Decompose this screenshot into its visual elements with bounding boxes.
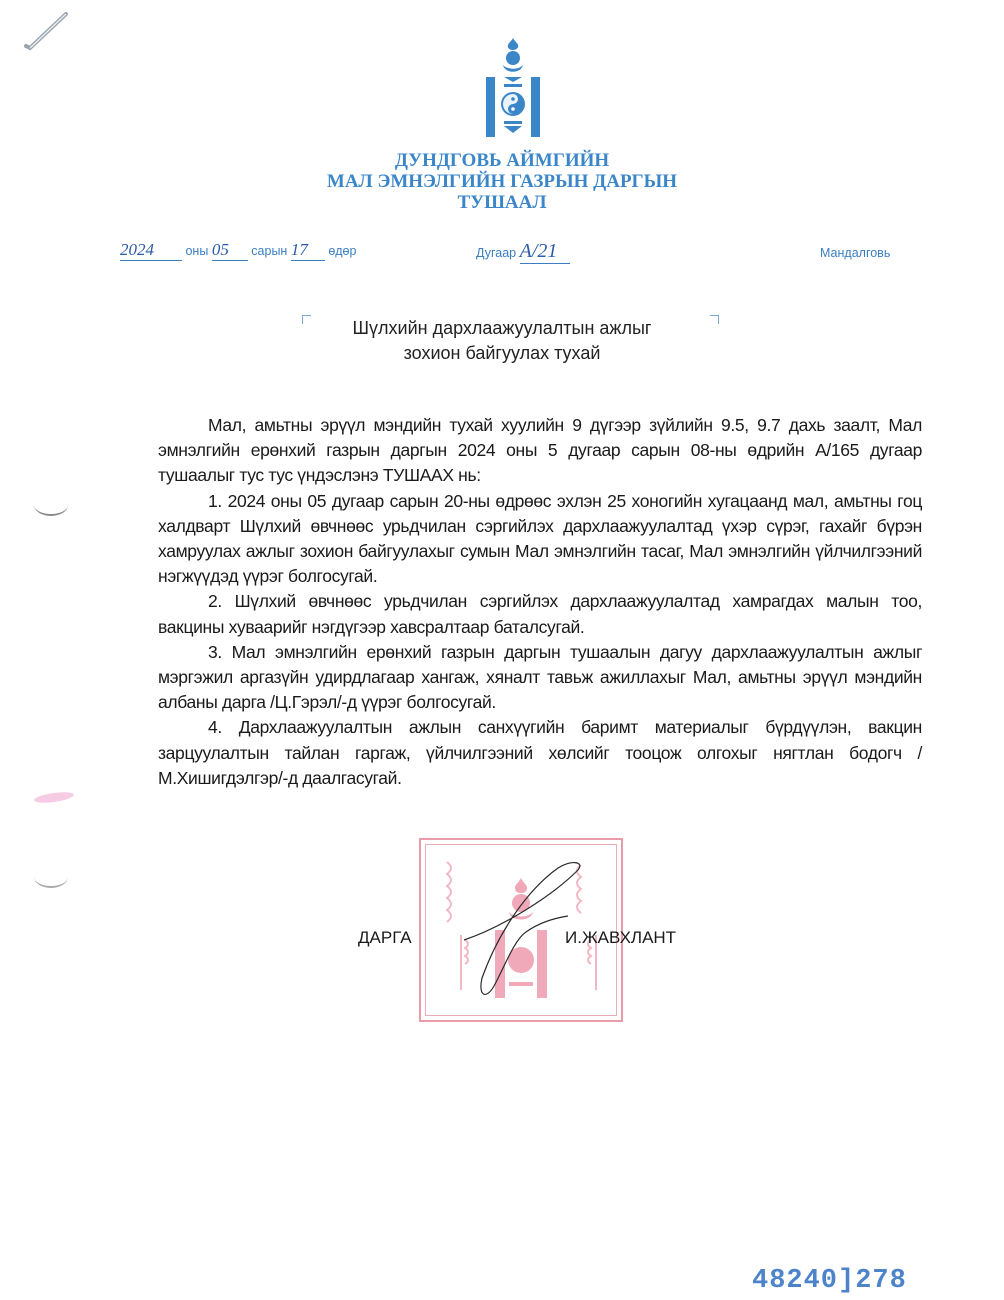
date-month-label: сарын [251,244,287,258]
ink-smudge [34,790,75,804]
order-item-3: 3. Мал эмнэлгийн ерөнхий газрын даргын т… [158,640,922,716]
staple-mark [22,8,74,56]
date-line: 2024 оны 05 сарын 17 өдөр [120,240,356,261]
date-day-label: өдөр [328,244,356,258]
subject-line-1: Шүлхийн дархлаажуулалтын ажлыг [0,316,1004,341]
signature-icon [460,858,590,1008]
order-number-label: Дугаар [476,246,516,260]
subject-line-2: зохион байгуулах тухай [0,341,1004,366]
date-year: 2024 [120,240,182,261]
date-month: 05 [212,240,248,261]
document-serial-number: 48240]278 [752,1266,907,1296]
order-number-line: Дугаар А/21 [476,240,570,264]
subject-title: Шүлхийн дархлаажуулалтын ажлыг зохион ба… [0,316,1004,366]
punch-hole-mark [34,866,68,888]
punch-hole-mark [34,494,68,516]
issuer-line-1: ДУНДГОВЬ АЙМГИЙН [0,150,1004,171]
document-type: ТУШААЛ [0,192,1004,213]
signatory-title: ДАРГА [358,928,412,948]
order-item-2: 2. Шүлхий өвчнөөс урьдчилан сэргийлэх да… [158,589,922,639]
issue-place: Мандалговь [820,246,890,260]
date-year-label: оны [185,244,208,258]
soyombo-emblem-icon [484,36,542,140]
order-number: А/21 [520,240,570,264]
issuer-line-2: МАЛ ЭМНЭЛГИЙН ГАЗРЫН ДАРГЫН [0,171,1004,192]
date-day: 17 [291,240,325,261]
order-body: Мал, амьтны эрүүл мэндийн тухай хуулийн … [158,413,922,791]
preamble-paragraph: Мал, амьтны эрүүл мэндийн тухай хуулийн … [158,413,922,489]
order-item-4: 4. Дархлаажуулалтын ажлын санхүүгийн бар… [158,715,922,791]
order-item-1: 1. 2024 оны 05 дугаар сарын 20-ны өдрөөс… [158,489,922,590]
